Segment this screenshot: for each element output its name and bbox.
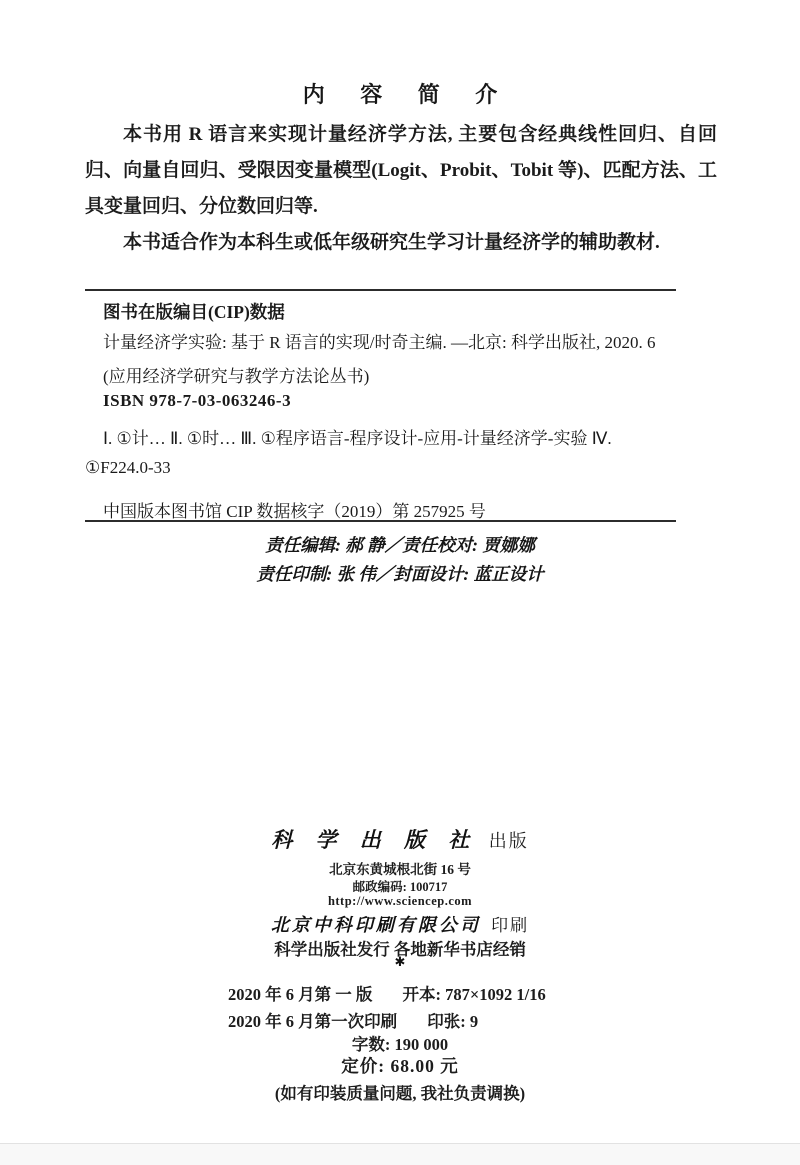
quality-note: (如有印装质量问题, 我社负责调换) <box>0 1080 800 1104</box>
edition-details: 2020 年 6 月第 一 版 开本: 787×1092 1/16 2020 年… <box>228 981 546 1035</box>
edition-date: 2020 年 6 月第 一 版 <box>228 981 372 1008</box>
word-count: 字数: 190 000 <box>0 1031 800 1055</box>
staff-editors-line: 责任编辑: 郝 静／责任校对: 贾娜娜 <box>0 531 800 560</box>
format-size: 开本: 787×1092 1/16 <box>403 981 546 1008</box>
staff-print-design-line: 责任印制: 张 伟／封面设计: 蓝正设计 <box>0 560 800 589</box>
book-copyright-page: 内 容 简 介 本书用 R 语言来实现计量经济学方法, 主要包含经典线性回归、自… <box>0 0 800 1165</box>
printer-imprint-line: 北京中科印刷有限公司 印刷 <box>0 911 800 937</box>
price: 定价: 68.00 元 <box>0 1053 800 1078</box>
page-title: 内 容 简 介 <box>0 78 800 109</box>
publisher-imprint-line: 科 学 出 版 社 出版 <box>0 824 800 854</box>
cip-data-block: 图书在版编目(CIP)数据 计量经济学实验: 基于 R 语言的实现/时奇主编. … <box>85 289 676 522</box>
cip-isbn: ISBN 978-7-03-063246-3 <box>103 391 676 411</box>
staff-credits: 责任编辑: 郝 静／责任校对: 贾娜娜 责任印制: 张 伟／封面设计: 蓝正设计 <box>0 531 800 589</box>
printer-logo: 北京中科印刷有限公司 <box>271 915 481 935</box>
viewport-bottom-strip <box>0 1143 800 1165</box>
edition-row-1: 2020 年 6 月第 一 版 开本: 787×1092 1/16 <box>228 981 546 1008</box>
intro-paragraph-1: 本书用 R 语言来实现计量经济学方法, 主要包含经典线性回归、自回归、向量自回归… <box>85 117 717 225</box>
publisher-postcode: 邮政编码: 100717 <box>0 877 800 895</box>
publisher-logo: 科 学 出 版 社 <box>271 828 478 852</box>
cip-record-number: 中国版本图书馆 CIP 数据核字（2019）第 257925 号 <box>103 497 676 522</box>
cip-catalog-entry: 计量经济学实验: 基于 R 语言的实现/时奇主编. —北京: 科学出版社, 20… <box>85 329 676 357</box>
printer-role-label: 印刷 <box>491 916 529 935</box>
cip-classification: Ⅰ. ①计… Ⅱ. ①时… Ⅲ. ①程序语言-程序设计-应用-计量经济学-实验 … <box>85 424 676 482</box>
publisher-role-label: 出版 <box>489 831 529 851</box>
separator-star-icon: ✱ <box>0 955 800 970</box>
cip-series-title: (应用经济学研究与教学方法论丛书) <box>103 362 676 387</box>
publisher-website: http://www.sciencep.com <box>0 894 800 909</box>
publisher-address: 北京东黄城根北街 16 号 <box>0 858 800 878</box>
intro-section: 本书用 R 语言来实现计量经济学方法, 主要包含经典线性回归、自回归、向量自回归… <box>85 117 717 261</box>
cip-heading: 图书在版编目(CIP)数据 <box>103 299 676 324</box>
intro-paragraph-2: 本书适合作为本科生或低年级研究生学习计量经济学的辅助教材. <box>85 225 717 261</box>
